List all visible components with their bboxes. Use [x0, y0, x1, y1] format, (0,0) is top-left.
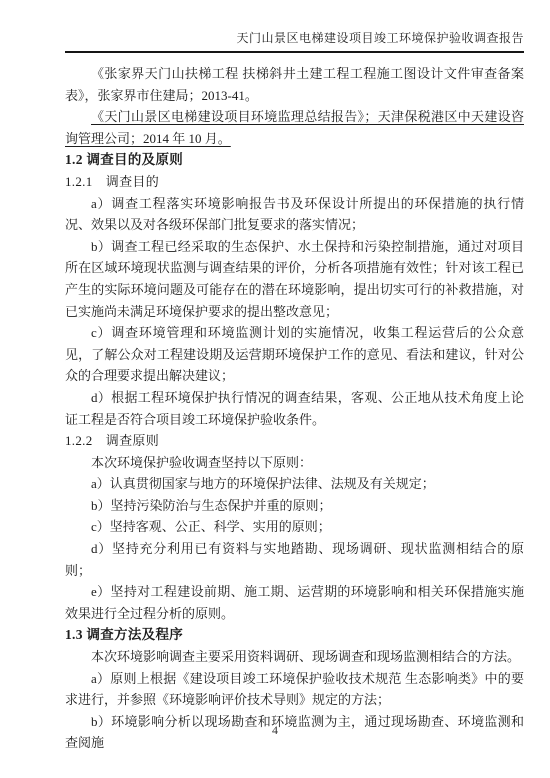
header-title: 天门山景区电梯建设项目竣工环境保护验收调查报告	[236, 31, 524, 45]
purpose-item-a: a）调查工程落实环境影响报告书及环保设计所提出的环保措施的执行情况、效果以及对各…	[65, 193, 524, 236]
page-footer: 4	[0, 723, 550, 737]
purpose-item-b: b）调查工程已经采取的生态保护、水土保持和污染控制措施，通过对项目所在区域环境现…	[65, 236, 524, 322]
document-page: 天门山景区电梯建设项目竣工环境保护验收调查报告 《张家界天门山扶梯工程 扶梯斜井…	[0, 0, 550, 778]
section-heading-1-3: 1.3 调查方法及程序	[65, 624, 524, 646]
principle-item-e: e）坚持对工程建设前期、施工期、运营期的环境影响和相关环保措施实施效果进行全过程…	[65, 581, 524, 624]
principles-intro: 本次环境保护验收调查坚持以下原则：	[65, 452, 524, 474]
method-item-a: a）原则上根据《建设项目竣工环境保护验收技术规范 生态影响类》中的要求进行，并参…	[65, 668, 524, 711]
subsection-heading-1-2-2: 1.2.2 调查原则	[65, 430, 524, 452]
principle-item-c: c）坚持客观、公正、科学、实用的原则；	[65, 516, 524, 538]
document-body: 《张家界天门山扶梯工程 扶梯斜井土建工程工程施工图设计文件审查备案表》，张家界市…	[65, 63, 524, 754]
purpose-item-c: c）调查环境管理和环境监测计划的实施情况，收集工程运营后的公众意见，了解公众对工…	[65, 322, 524, 387]
principle-item-a: a）认真贯彻国家与地方的环境保护法律、法规及有关规定；	[65, 473, 524, 495]
principle-item-d: d）坚持充分利用已有资料与实地踏勘、现场调研、现状监测相结合的原则；	[65, 538, 524, 581]
reference-item-2: 《天门山景区电梯建设项目环境监理总结报告》；天津保税港区中天建设咨询管理公司；2…	[65, 106, 524, 149]
page-number: 4	[272, 723, 278, 737]
subsection-heading-1-2-1: 1.2.1 调查目的	[65, 171, 524, 193]
reference-item-1: 《张家界天门山扶梯工程 扶梯斜井土建工程工程施工图设计文件审查备案表》，张家界市…	[65, 63, 524, 106]
page-header: 天门山景区电梯建设项目竣工环境保护验收调查报告	[65, 30, 524, 53]
methods-intro: 本次环境影响调查主要采用资料调研、现场调查和现场监测相结合的方法。	[65, 646, 524, 668]
principle-item-b: b）坚持污染防治与生态保护并重的原则；	[65, 495, 524, 517]
purpose-item-d: d）根据工程环境保护执行情况的调查结果，客观、公正地从技术角度上论证工程是否符合…	[65, 387, 524, 430]
section-heading-1-2: 1.2 调查目的及原则	[65, 149, 524, 171]
